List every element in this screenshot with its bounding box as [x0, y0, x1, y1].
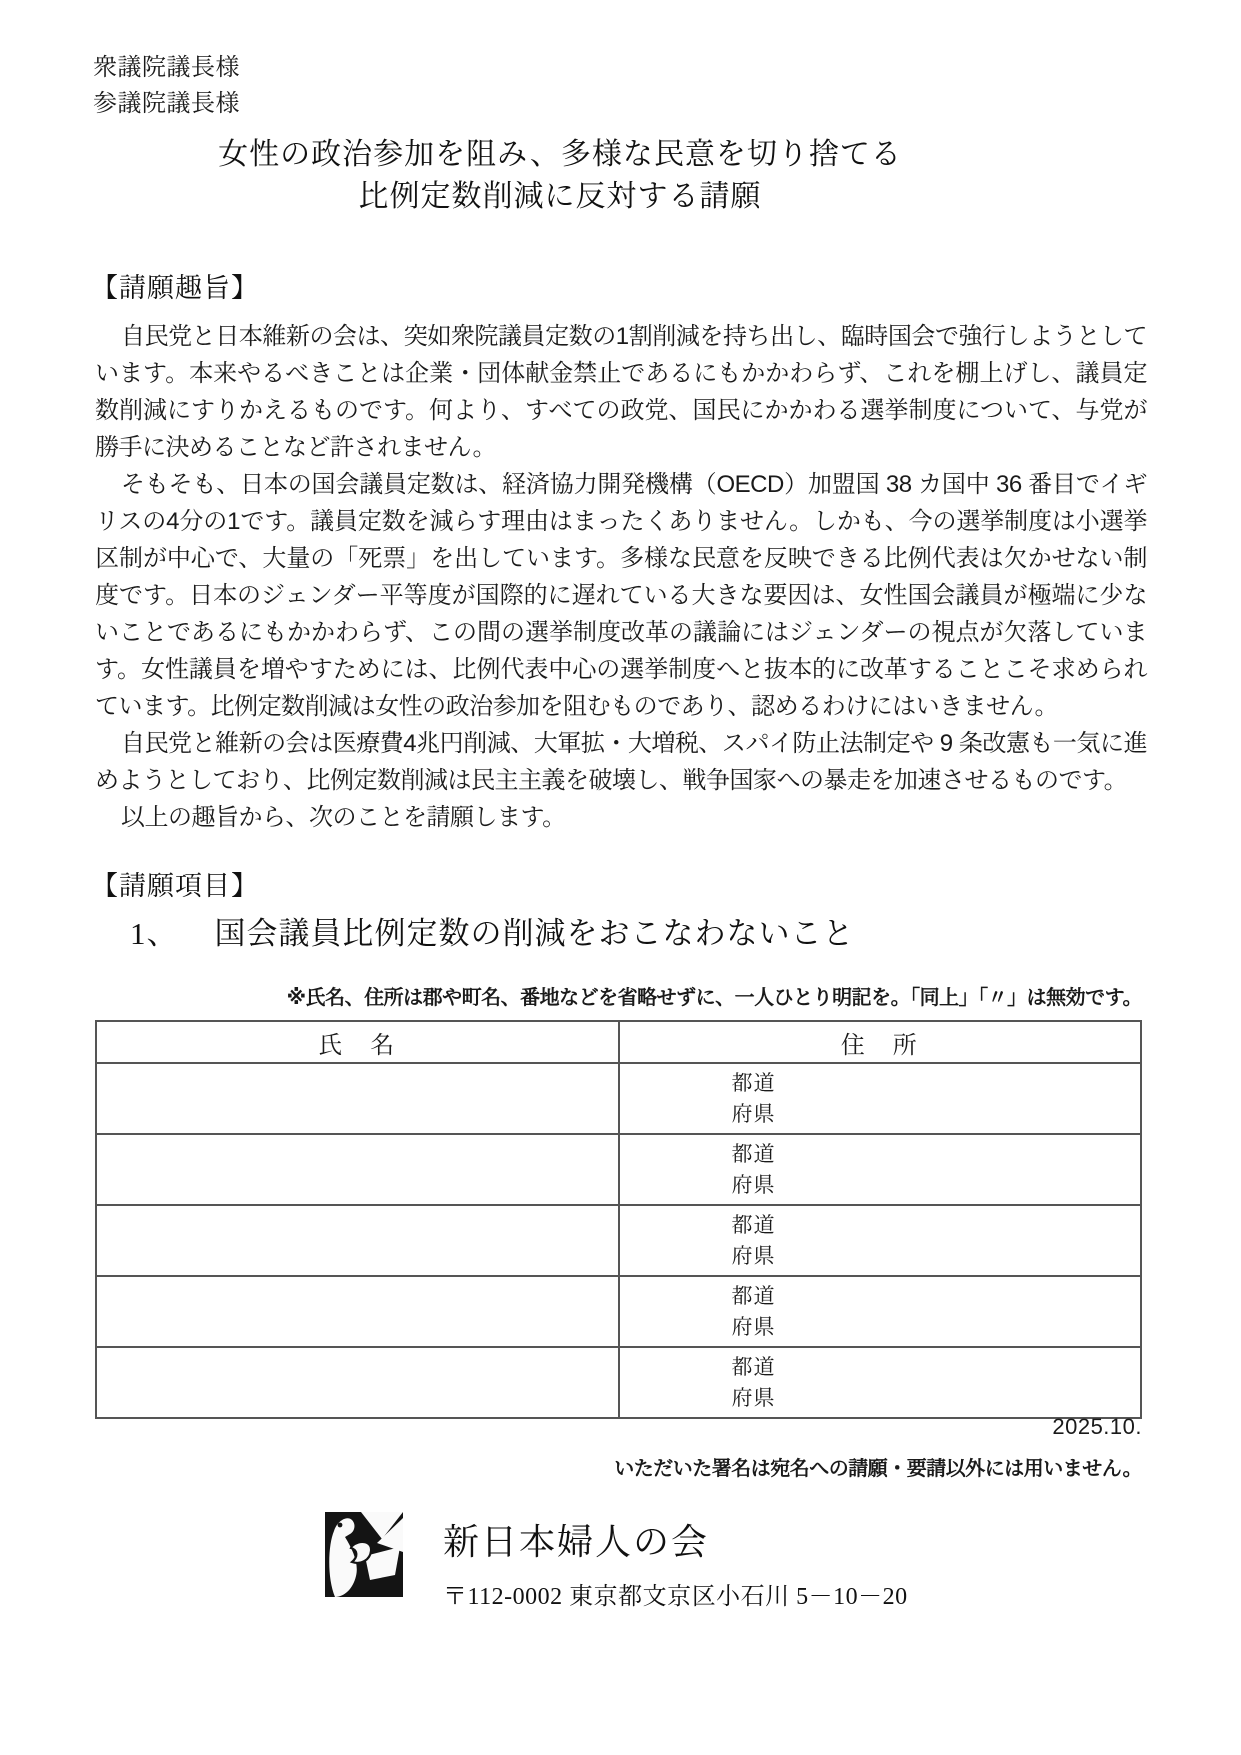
signature-row-3: 都道 府県 [96, 1205, 1141, 1276]
signature-usage-note: いただいた署名は宛名への請願・要請以外には用いません。 [95, 1452, 1142, 1481]
prefecture-label-bottom: 府県 [620, 1383, 1141, 1414]
item-number: 1、 [130, 916, 179, 951]
petition-title-line2: 比例定数削減に反対する請願 [0, 176, 1120, 218]
prefecture-label-top: 都道 [620, 1064, 1141, 1099]
address-column-header: 住 所 [619, 1021, 1142, 1063]
signature-table-note: ※氏名、住所は郡や町名、番地などを省略せずに、一人ひとり明記を。「同上」「〃」は… [95, 981, 1142, 1010]
address-cell: 都道 府県 [619, 1134, 1142, 1205]
signature-table-header-row: 氏 名 住 所 [96, 1021, 1141, 1063]
address-cell: 都道 府県 [619, 1276, 1142, 1347]
name-cell [96, 1276, 619, 1347]
signature-row-1: 都道 府県 [96, 1063, 1141, 1134]
addressees: 衆議院議長様 参議院議長様 [93, 50, 240, 122]
name-cell [96, 1134, 619, 1205]
signature-row-4: 都道 府県 [96, 1276, 1141, 1347]
signature-row-5: 都道 府県 [96, 1347, 1141, 1418]
prefecture-label-bottom: 府県 [620, 1099, 1141, 1130]
signature-table: 氏 名 住 所 都道 府県 都道 府県 [95, 1020, 1142, 1419]
signature-row-2: 都道 府県 [96, 1134, 1141, 1205]
prefecture-label-top: 都道 [620, 1348, 1141, 1383]
prefecture-label-top: 都道 [620, 1206, 1141, 1241]
item-text: 国会議員比例定数の削減をおこなわないこと [215, 916, 855, 951]
name-cell [96, 1205, 619, 1276]
petition-title: 女性の政治参加を阻み、多様な民意を切り捨てる 比例定数削減に反対する請願 [0, 134, 1120, 218]
petition-item-1: 1、国会議員比例定数の削減をおこなわないこと [130, 908, 855, 953]
organization-address: 〒112-0002 東京都文京区小石川 5－10－20 [443, 1576, 908, 1611]
prefecture-label-top: 都道 [620, 1277, 1141, 1312]
purpose-paragraph-3: 自民党と維新の会は医療費4兆円削減、大軍拡・大増税、スパイ防止法制定や 9 条改… [95, 725, 1147, 799]
purpose-section-heading: 【請願趣旨】 [91, 266, 259, 305]
name-column-header: 氏 名 [96, 1021, 619, 1063]
petition-document-page: 衆議院議長様 参議院議長様 女性の政治参加を阻み、多様な民意を切り捨てる 比例定… [0, 0, 1241, 1755]
items-section-heading: 【請願項目】 [91, 864, 259, 903]
address-cell: 都道 府県 [619, 1205, 1142, 1276]
name-cell [96, 1063, 619, 1134]
prefecture-label-bottom: 府県 [620, 1170, 1141, 1201]
date-label: 2025.10. [95, 1414, 1142, 1440]
name-cell [96, 1347, 619, 1418]
purpose-body: 自民党と日本維新の会は、突如衆院議員定数の1割削減を持ち出し、臨時国会で強行しよ… [95, 318, 1147, 836]
purpose-paragraph-2: そもそも、日本の国会議員定数は、経済協力開発機構（OECD）加盟国 38 カ国中… [95, 466, 1147, 725]
organization-name: 新日本婦人の会 [443, 1514, 709, 1565]
address-cell: 都道 府県 [619, 1063, 1142, 1134]
addressee-line-sangiin: 参議院議長様 [93, 86, 240, 122]
addressee-line-shugiin: 衆議院議長様 [93, 50, 240, 86]
dove-logo-icon [325, 1512, 403, 1597]
address-cell: 都道 府県 [619, 1347, 1142, 1418]
prefecture-label-bottom: 府県 [620, 1241, 1141, 1272]
purpose-paragraph-1: 自民党と日本維新の会は、突如衆院議員定数の1割削減を持ち出し、臨時国会で強行しよ… [95, 318, 1147, 466]
petition-title-line1: 女性の政治参加を阻み、多様な民意を切り捨てる [0, 134, 1120, 176]
prefecture-label-bottom: 府県 [620, 1312, 1141, 1343]
prefecture-label-top: 都道 [620, 1135, 1141, 1170]
purpose-paragraph-4: 以上の趣旨から、次のことを請願します。 [95, 799, 1147, 836]
